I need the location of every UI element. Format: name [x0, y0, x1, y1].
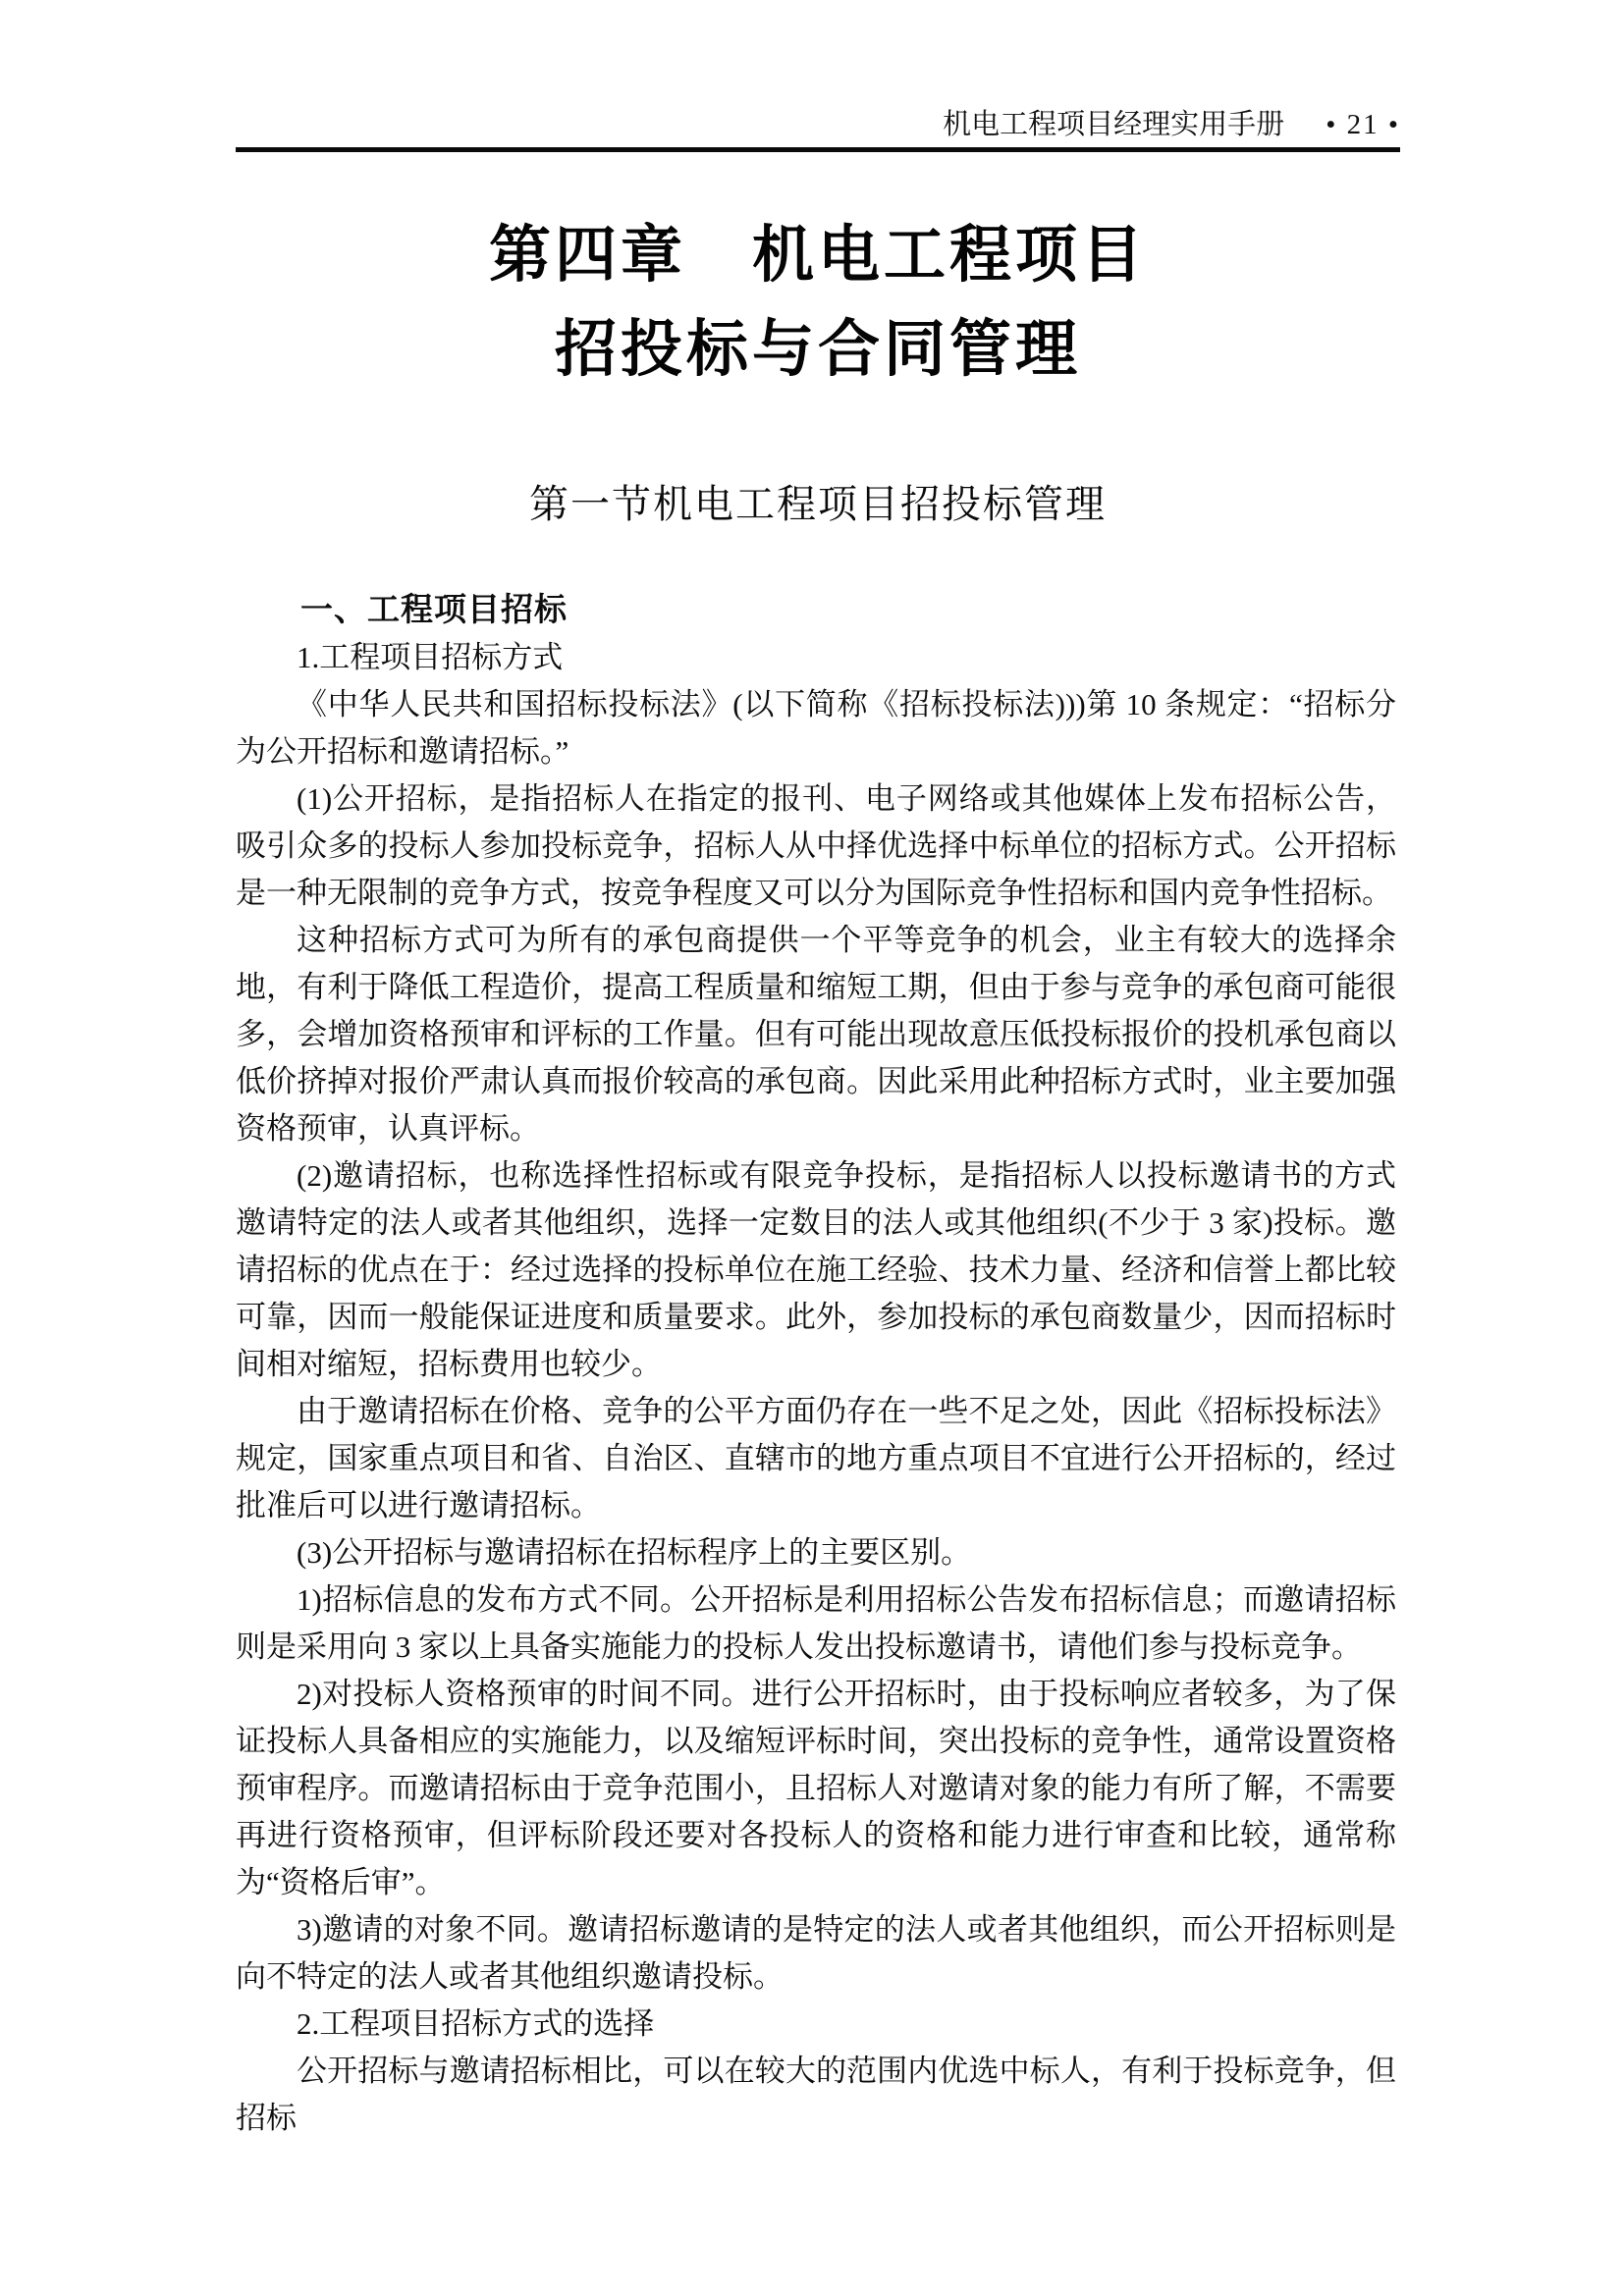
page-number: • 21 •: [1326, 109, 1400, 140]
document-page: 机电工程项目经理实用手册• 21 • 第四章 机电工程项目 招投标与合同管理 第…: [0, 0, 1624, 2296]
section-title: 第一节机电工程项目招投标管理: [236, 473, 1400, 529]
body-paragraph: (3)公开招标与邀请招标在招标程序上的主要区别。: [236, 1529, 1396, 1576]
body-paragraph: 3)邀请的对象不同。邀请招标邀请的是特定的法人或者其他组织，而公开招标则是向不特…: [236, 1906, 1396, 2001]
chapter-title-line2: 招投标与合同管理: [236, 302, 1400, 397]
body-paragraph: 2)对投标人资格预审的时间不同。进行公开招标时，由于投标响应者较多，为了保证投标…: [236, 1671, 1396, 1906]
body-heading-1: 一、工程项目招标: [236, 587, 1396, 634]
body-subheading-1: 1.工程项目招标方式: [236, 634, 1396, 681]
running-header-book-title: 机电工程项目经理实用手册: [943, 109, 1284, 140]
body-paragraph: 公开招标与邀请招标相比，可以在较大的范围内优选中标人，有利于投标竞争，但招标: [236, 2048, 1396, 2142]
body-paragraph: 《中华人民共和国招标投标法》(以下简称《招标投标法)))第 10 条规定：“招标…: [236, 681, 1396, 775]
chapter-title-line1: 第四章 机电工程项目: [236, 208, 1400, 302]
header-rule: [236, 147, 1400, 152]
body-paragraph: 由于邀请招标在价格、竞争的公平方面仍存在一些不足之处，因此《招标投标法》规定，国…: [236, 1388, 1396, 1529]
body-paragraph: (2)邀请招标，也称选择性招标或有限竞争投标，是指招标人以投标邀请书的方式邀请特…: [236, 1152, 1396, 1388]
body-paragraph: (1)公开招标，是指招标人在指定的报刊、电子网络或其他媒体上发布招标公告，吸引众…: [236, 775, 1396, 917]
running-header: 机电工程项目经理实用手册• 21 •: [236, 102, 1400, 142]
chapter-title: 第四章 机电工程项目 招投标与合同管理: [236, 208, 1400, 397]
body-text: 一、工程项目招标 1.工程项目招标方式 《中华人民共和国招标投标法》(以下简称《…: [236, 587, 1396, 2142]
body-subheading-2: 2.工程项目招标方式的选择: [236, 2001, 1396, 2048]
body-paragraph: 1)招标信息的发布方式不同。公开招标是利用招标公告发布招标信息；而邀请招标则是采…: [236, 1576, 1396, 1671]
body-paragraph: 这种招标方式可为所有的承包商提供一个平等竞争的机会，业主有较大的选择余地，有利于…: [236, 917, 1396, 1152]
